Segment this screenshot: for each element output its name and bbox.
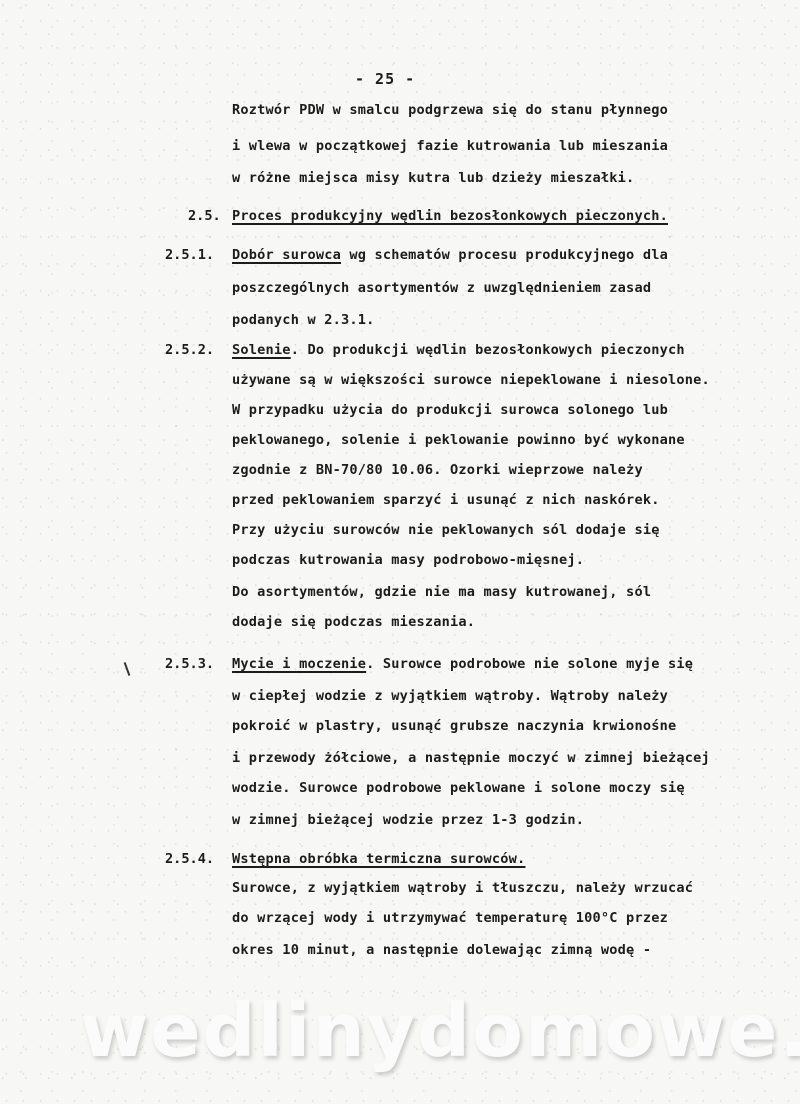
section-line: okres 10 minut, a następnie dolewając zi… xyxy=(232,942,651,958)
section-heading: Wstępna obróbka termiczna surowców. xyxy=(232,851,525,867)
section-line: podczas kutrowania masy podrobowo-mięsne… xyxy=(232,552,584,568)
section-title: Proces produkcyjny wędlin bezosłonkowych… xyxy=(232,208,668,224)
section-line: w zimnej bieżącej wodzie przez 1-3 godzi… xyxy=(232,812,584,828)
section-title: Wstępna obróbka termiczna surowców. xyxy=(232,851,525,867)
section-line: zgodnie z BN-70/80 10.06. Ozorki wieprzo… xyxy=(232,462,643,478)
section-number: 2.5.2. xyxy=(165,342,214,358)
section-first-line: Dobór surowca wg schematów procesu produ… xyxy=(232,247,668,263)
section-heading: Proces produkcyjny wędlin bezosłonkowych… xyxy=(232,208,668,224)
margin-pen-mark xyxy=(124,662,131,676)
section-line: przed peklowaniem sparzyć i usunąć z nic… xyxy=(232,492,660,508)
intro-line: w różne miejsca misy kutra lub dzieży mi… xyxy=(232,170,634,186)
section-line: Surowce, z wyjątkiem wątroby i tłuszczu,… xyxy=(232,880,693,896)
section-line: dodaje się podczas mieszania. xyxy=(232,614,475,630)
section-title: Solenie xyxy=(232,342,291,358)
section-line: Do asortymentów, gdzie nie ma masy kutro… xyxy=(232,584,651,600)
section-title: Mycie i moczenie xyxy=(232,656,366,672)
section-text: . Surowce podrobowe nie solone myje się xyxy=(366,656,693,672)
section-line: do wrzącej wody i utrzymywać temperaturę… xyxy=(232,910,668,926)
section-line: podanych w 2.3.1. xyxy=(232,312,375,328)
section-first-line: Solenie. Do produkcji wędlin bezosłonkow… xyxy=(232,342,685,358)
section-line: używane są w większości surowce niepeklo… xyxy=(232,372,710,388)
section-number: 2.5. xyxy=(188,208,221,224)
section-line: pokroić w plastry, usunąć grubsze naczyn… xyxy=(232,718,676,734)
section-number: 2.5.3. xyxy=(165,656,214,672)
section-first-line: Mycie i moczenie. Surowce podrobowe nie … xyxy=(232,656,693,672)
section-line: i przewody żółciowe, a następnie moczyć … xyxy=(232,750,710,766)
section-line: W przypadku użycia do produkcji surowca … xyxy=(232,402,668,418)
page-number: - 25 - xyxy=(355,70,415,88)
intro-line: i wlewa w początkowej fazie kutrowania l… xyxy=(232,138,668,154)
section-number: 2.5.4. xyxy=(165,851,214,867)
section-text: . Do produkcji wędlin bezosłonkowych pie… xyxy=(291,342,685,358)
section-title: Dobór surowca xyxy=(232,247,341,263)
section-line: w ciepłej wodzie z wyjątkiem wątroby. Wą… xyxy=(232,688,668,704)
section-line: peklowanego, solenie i peklowanie powinn… xyxy=(232,432,685,448)
intro-line: Roztwór PDW w smalcu podgrzewa się do st… xyxy=(232,102,668,118)
section-line: Przy użyciu surowców nie peklowanych sól… xyxy=(232,522,660,538)
section-line: poszczególnych asortymentów z uwzględnie… xyxy=(232,280,651,296)
watermark: wedlinydomowe.pl xyxy=(80,988,800,1074)
section-line: wodzie. Surowce podrobowe peklowane i so… xyxy=(232,780,685,796)
section-number: 2.5.1. xyxy=(165,247,214,263)
section-text: wg schematów procesu produkcyjnego dla xyxy=(341,247,668,263)
